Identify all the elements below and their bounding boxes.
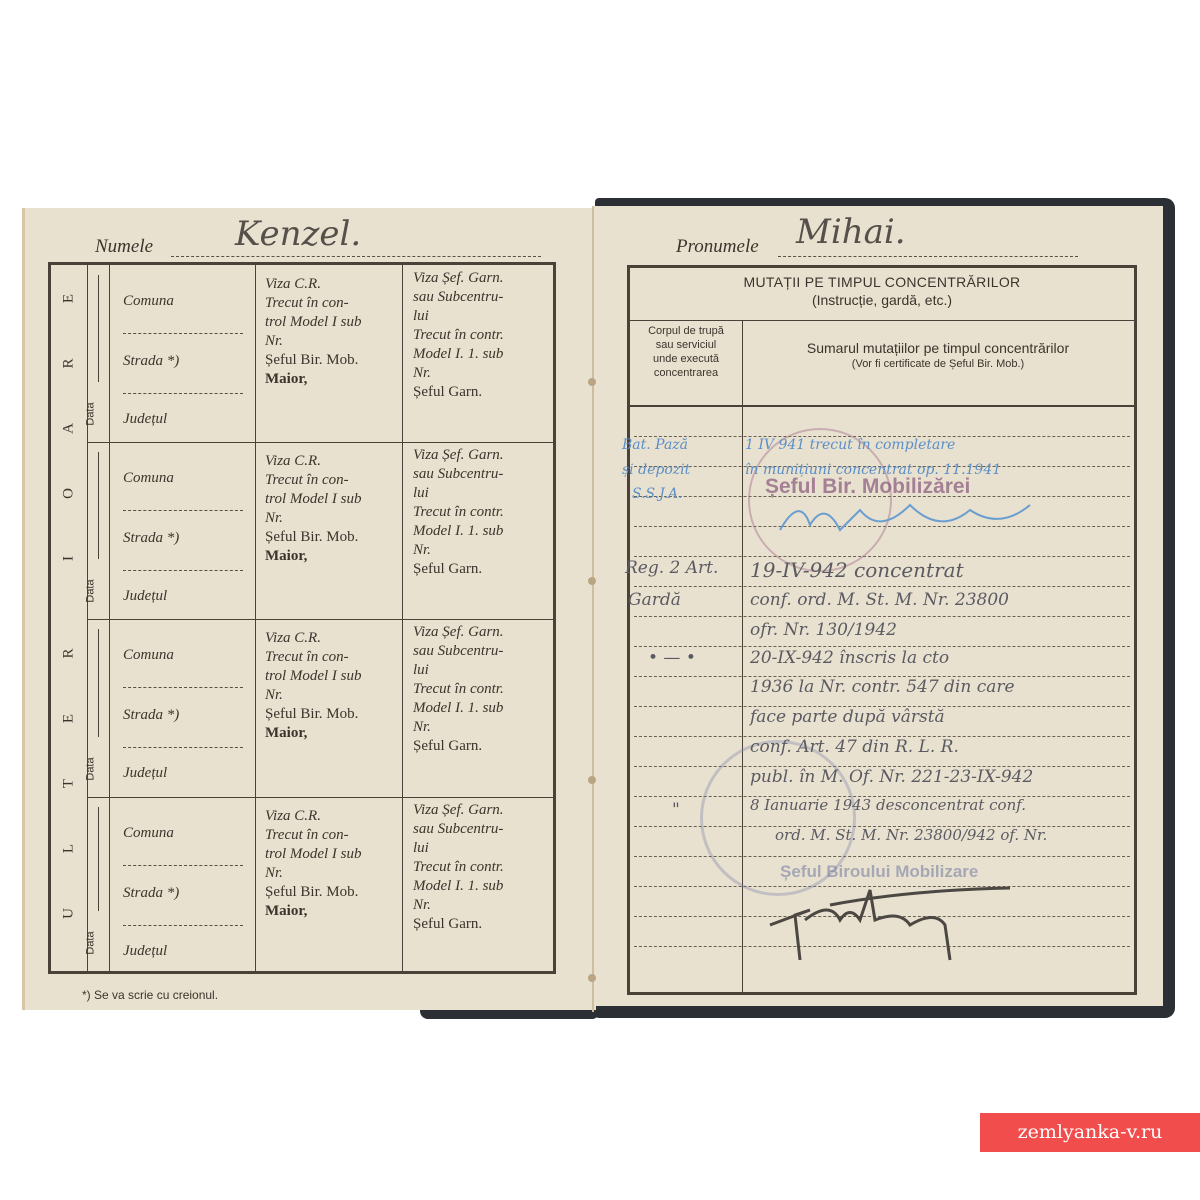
lui-label: lui [413,307,553,326]
trecut-label: Trecut în con- [265,294,402,313]
sau-label: sau Subcentru- [413,642,553,661]
letter: E [61,709,78,729]
stitch-hole [588,776,596,784]
comuna-label: Comuna [123,293,174,310]
trecut-label: Trecut în con- [265,826,402,845]
trecut-contr-label: Trecut în contr. [413,680,553,699]
sau-label: sau Subcentru- [413,288,553,307]
name-underline [171,256,541,257]
strada-label: Strada *) [123,353,179,370]
entry-text: face parte după vârstă [750,707,945,727]
entry-unit: • — • [648,648,696,668]
model-label: Model I. 1. sub [413,699,553,718]
signature-blue [770,490,1070,550]
entry-unit: Reg. 2 Art. [625,558,718,578]
model-label: Model I. 1. sub [413,345,553,364]
viza-sef-cell: Viza Șef. Garn. sau Subcentru- lui Trecu… [403,797,553,971]
nr-label: Nr. [265,864,402,883]
ulterioare-vertical-label: U L T E R I O A R E [51,265,88,971]
col2-header-subtitle: (Vor fi certificate de Șeful Bir. Mob.) [742,358,1134,370]
maior-label: Maior, [265,902,402,921]
viza-sef-cell: Viza Șef. Garn. sau Subcentru- lui Trecu… [403,619,553,797]
data-label: Data [85,402,97,425]
sef-bir-label: Șeful Bir. Mob. [265,528,402,547]
nr-label: Nr. [265,509,402,528]
trecut-label: Trecut în con- [265,648,402,667]
column-headers: Corpul de trupă sau serviciul unde execu… [630,320,1134,407]
entry-text: conf. Art. 47 din R. L. R. [750,737,959,757]
stitch-hole [588,378,596,386]
entry-unit: S.S.J.A. [632,486,683,502]
nr-label: Nr. [265,686,402,705]
letter: E [61,289,78,309]
viza-cr-label: Viza C.R. [265,629,402,648]
entry-text: publ. în M. Of. Nr. 221-23-IX-942 [750,767,1033,787]
col1-header-line: concentrarea [630,366,742,380]
stamp-text-bottom: Șeful Biroului Mobilizare [780,862,978,882]
trecut-label: trol Model I sub [265,667,402,686]
record-block-2: Data Comuna Strada *) Județul Viza C.R. … [87,442,553,620]
entry-text: 1936 la Nr. contr. 547 din care [750,677,1015,697]
viza-sef-label: Viza Șef. Garn. [413,623,553,642]
col1-header-line: unde execută [630,352,742,366]
sef-bir-label: Șeful Bir. Mob. [265,351,402,370]
viza-cr-cell: Viza C.R. Trecut în con- trol Model I su… [255,265,403,442]
entry-unit: Bat. Pază [622,437,688,453]
subtitle-text: (Instrucție, gardă, etc.) [630,292,1134,308]
entry-text: conf. ord. M. St. M. Nr. 23800 [750,590,1009,610]
pronume-field: Pronumele Mihai. [676,236,1096,262]
judetul-label: Județul [123,411,167,428]
record-block-1: Data Comuna Strada *) Județul Viza C.R. … [87,265,553,443]
nr-label: Nr. [413,718,553,737]
address-cell: Comuna Strada *) Județul [109,619,256,797]
col2-header: Sumarul mutațiilor pe timpul concentrări… [742,340,1134,370]
comuna-label: Comuna [123,825,174,842]
judetul-label: Județul [123,588,167,605]
strada-label: Strada *) [123,530,179,547]
maior-label: Maior, [265,724,402,743]
sau-label: sau Subcentru- [413,820,553,839]
entry-text: 20-IX-942 înscris la cto [750,648,949,668]
col1-header: Corpul de trupă sau serviciul unde execu… [630,324,742,380]
data-column: Data [87,797,110,971]
entry-unit: și depozit [622,462,690,478]
sef-bir-label: Șeful Bir. Mob. [265,883,402,902]
nr-label: Nr. [265,332,402,351]
pronume-label: Pronumele [676,236,759,258]
maior-label: Maior, [265,547,402,566]
entry-text: 19-IV-942 concentrat [750,558,964,582]
address-cell: Comuna Strada *) Județul [109,265,256,442]
sef-garn-label: Șeful Garn. [413,383,553,402]
letter: L [61,839,78,859]
sef-garn-label: Șeful Garn. [413,560,553,579]
viza-cr-cell: Viza C.R. Trecut în con- trol Model I su… [255,797,403,971]
nr-label: Nr. [413,364,553,383]
data-column: Data [87,619,110,797]
entry-text: 1 IV 941 trecut în completare [745,437,955,453]
stitch-hole [588,577,596,585]
col1-header-line: sau serviciul [630,338,742,352]
name-label: Numele [95,236,153,258]
stitch-hole [588,974,596,982]
sef-bir-label: Șeful Bir. Mob. [265,705,402,724]
watermark-banner: zemlyanka-v.ru [980,1113,1200,1152]
sef-garn-label: Șeful Garn. [413,737,553,756]
letter: A [61,419,78,439]
entry-unit: " [672,800,680,820]
table-title: MUTAȚII PE TIMPUL CONCENTRĂRILOR (Instru… [630,268,1134,321]
nr-label: Nr. [413,896,553,915]
data-label: Data [85,579,97,602]
title-text: MUTAȚII PE TIMPUL CONCENTRĂRILOR [630,274,1134,290]
viza-cr-cell: Viza C.R. Trecut în con- trol Model I su… [255,619,403,797]
ulterioare-table: U L T E R I O A R E Data Comuna Strada *… [48,262,556,974]
letter: U [61,904,78,924]
pronume-underline [778,256,1078,257]
address-cell: Comuna Strada *) Județul [109,442,256,619]
entry-text: în munițiuni concentrat op. 11.1941 [745,462,1001,478]
col2-header-title: Sumarul mutațiilor pe timpul concentrări… [742,340,1134,356]
sef-garn-label: Șeful Garn. [413,915,553,934]
trecut-contr-label: Trecut în contr. [413,858,553,877]
record-block-3: Data Comuna Strada *) Județul Viza C.R. … [87,619,553,798]
nr-label: Nr. [413,541,553,560]
name-field: Numele Kenzel. [95,236,555,262]
data-label: Data [85,931,97,954]
lui-label: lui [413,839,553,858]
viza-cr-label: Viza C.R. [265,452,402,471]
letter: I [61,549,78,569]
address-cell: Comuna Strada *) Județul [109,797,256,971]
strada-label: Strada *) [123,885,179,902]
viza-sef-cell: Viza Șef. Garn. sau Subcentru- lui Trecu… [403,265,553,442]
entry-text: ofr. Nr. 130/1942 [750,620,897,640]
viza-sef-label: Viza Șef. Garn. [413,446,553,465]
comuna-label: Comuna [123,647,174,664]
model-label: Model I. 1. sub [413,522,553,541]
maior-label: Maior, [265,370,402,389]
letter: T [61,774,78,794]
viza-sef-label: Viza Șef. Garn. [413,269,553,288]
trecut-contr-label: Trecut în contr. [413,326,553,345]
entry-unit: Gardă [628,590,681,610]
model-label: Model I. 1. sub [413,877,553,896]
viza-cr-cell: Viza C.R. Trecut în con- trol Model I su… [255,442,403,619]
comuna-label: Comuna [123,470,174,487]
pronume-handwritten: Mihai. [796,212,906,252]
lui-label: lui [413,484,553,503]
lui-label: lui [413,661,553,680]
book-spine [592,206,594,1012]
signature-black [760,880,1020,970]
letter: R [61,354,78,374]
name-handwritten: Kenzel. [235,214,361,254]
viza-sef-cell: Viza Șef. Garn. sau Subcentru- lui Trecu… [403,442,553,619]
letter: O [61,484,78,504]
viza-cr-label: Viza C.R. [265,807,402,826]
trecut-contr-label: Trecut în contr. [413,503,553,522]
trecut-label: trol Model I sub [265,845,402,864]
data-label: Data [85,757,97,780]
trecut-label: trol Model I sub [265,313,402,332]
entry-text: ord. M. St. M. Nr. 23800/942 of. Nr. [775,826,1047,844]
viza-cr-label: Viza C.R. [265,275,402,294]
data-column: Data [87,442,110,619]
judetul-label: Județul [123,765,167,782]
col1-header-line: Corpul de trupă [630,324,742,338]
data-column: Data [87,265,110,442]
trecut-label: trol Model I sub [265,490,402,509]
sau-label: sau Subcentru- [413,465,553,484]
letter: R [61,644,78,664]
judetul-label: Județul [123,943,167,960]
trecut-label: Trecut în con- [265,471,402,490]
viza-sef-label: Viza Șef. Garn. [413,801,553,820]
entry-text: 8 Ianuarie 1943 desconcentrat conf. [750,796,1026,814]
strada-label: Strada *) [123,707,179,724]
record-block-4: Data Comuna Strada *) Județul Viza C.R. … [87,797,553,971]
footnote: *) Se va scrie cu creionul. [82,988,218,1002]
